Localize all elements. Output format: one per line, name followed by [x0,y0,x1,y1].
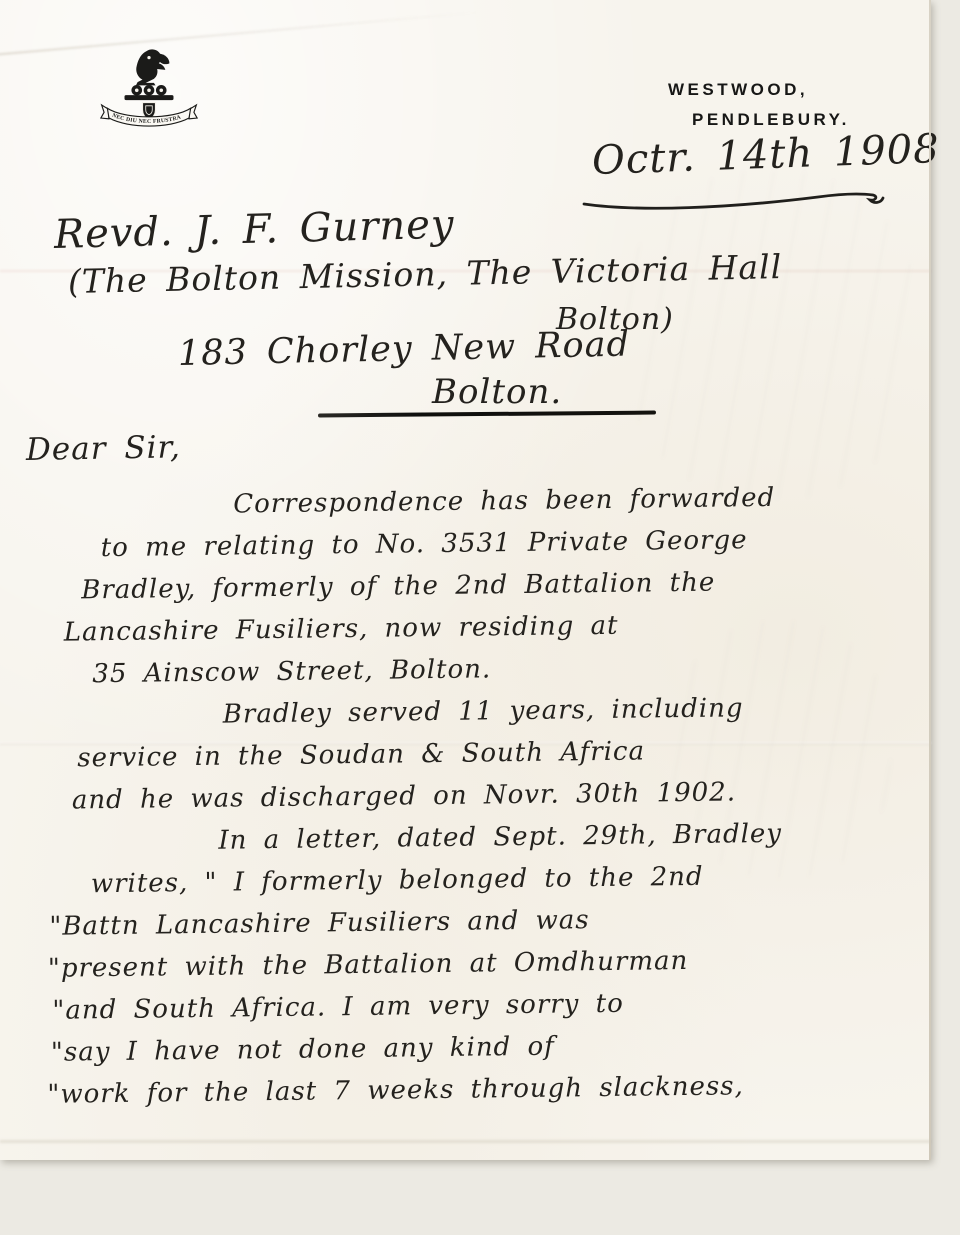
paper-crease [0,1140,931,1143]
letterhead-location-line2: PENDLEBURY. [692,110,850,130]
salutation: Dear Sir, [26,429,181,468]
letter-body: Correspondence has been forwarded to me … [28,475,936,1116]
paper-sheet: NEC DIU NEC FRUSTRA WESTWOOD, PENDLEBURY… [0,0,931,1160]
recipient-address-line: 183 Chorley New Road [178,325,631,374]
letter-scan: NEC DIU NEC FRUSTRA WESTWOOD, PENDLEBURY… [0,0,960,1235]
date-line: Octr. 14th 1908 [591,126,940,184]
recipient-name: Revd. J. F. Gurney [53,202,455,258]
recipient-address-town: Bolton. [432,372,562,412]
town-underline [318,411,656,418]
paper-edge [929,0,931,1160]
letterhead-location-line1: WESTWOOD, [668,80,808,100]
recipient-address-line: (The Bolton Mission, The Victoria Hall [68,247,783,301]
paper-crease [0,11,479,58]
date-underline-flourish [580,186,892,214]
family-crest-icon: NEC DIU NEC FRUSTRA [100,44,198,148]
